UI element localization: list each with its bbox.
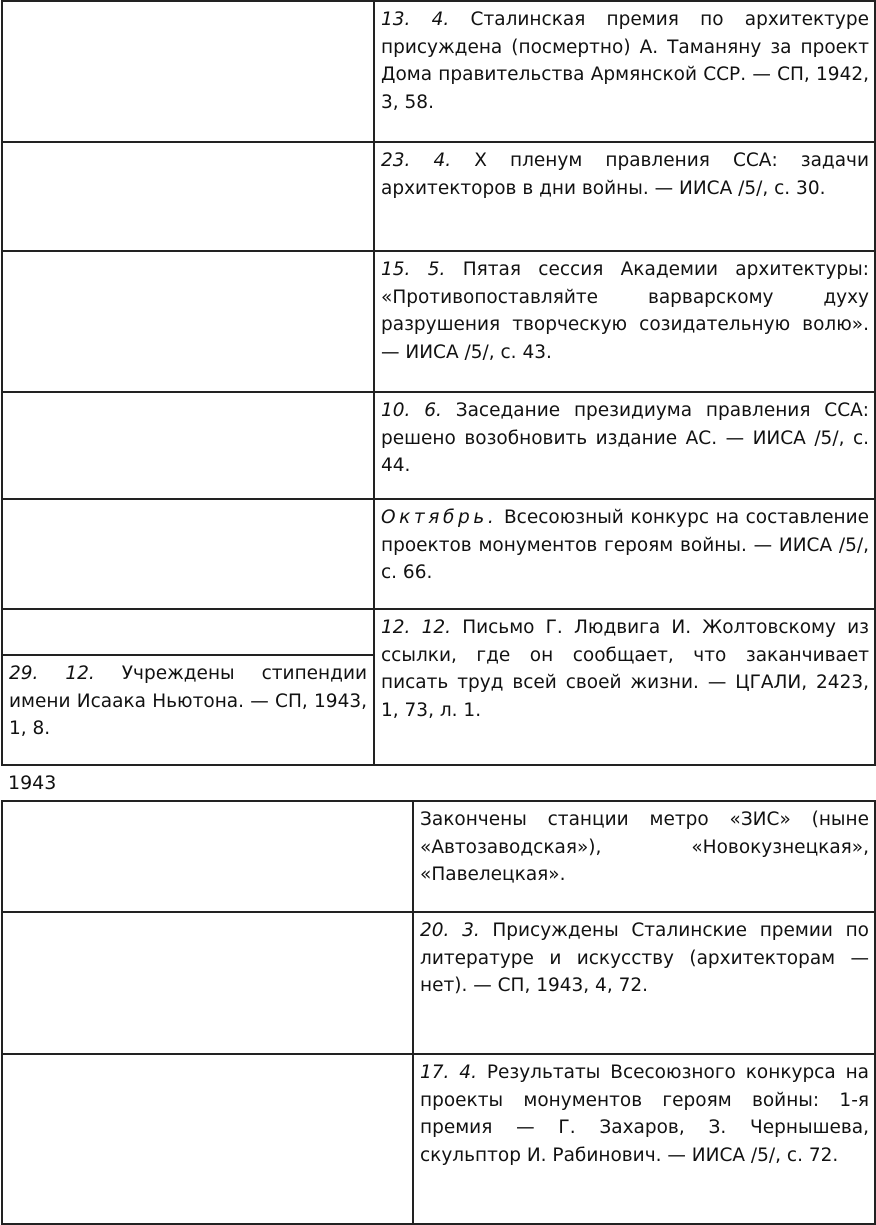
chronology-table-1943: Закончены станции метро «ЗИС» (ныне «Авт… [1,800,876,1225]
left-cell [3,143,373,250]
entry-text: Присуждены Сталинские премии по литерату… [420,920,869,996]
entry-text: Сталинская премия по архитектуре присужд… [381,9,869,113]
table-row: 23. 4. X пленум правления ССА: задачи ар… [3,143,874,252]
left-cell [3,393,373,498]
table-row: 20. 3. Присуждены Сталинские премии по л… [3,913,874,1055]
right-cell: 23. 4. X пленум правления ССА: задачи ар… [373,143,874,250]
entry-date: 15. 5. [381,259,445,280]
entry-text: Заседание президиума правления ССА: реше… [381,400,869,476]
table-row: 15. 5. Пятая сессия Академии архитектуры… [3,252,874,393]
entry-text: Письмо Г. Людвига И. Жолтовскому из ссыл… [381,617,869,721]
table-row: 10. 6. Заседание президиума правления СС… [3,393,874,500]
right-cell: 10. 6. Заседание президиума правления СС… [373,393,874,498]
left-cell [3,1055,412,1223]
left-cell-split: 29. 12. Учреждены стипендии имени Исаака… [3,610,373,764]
entry-text: Пятая сессия Академии архитектуры: «Прот… [381,259,869,363]
entry-date: 20. 3. [420,920,480,941]
table-row: 13. 4. Сталинская премия по архитектуре … [3,2,874,143]
table-row: 29. 12. Учреждены стипендии имени Исаака… [3,610,874,764]
left-cell [3,913,412,1053]
left-cell-empty [3,610,373,656]
entry-text: X пленум правления ССА: задачи архитекто… [381,150,869,199]
entry-date: 13. 4. [381,9,449,30]
entry-text: Результаты Всесоюзного конкурса на проек… [420,1062,869,1166]
left-cell [3,802,412,911]
left-cell [3,252,373,391]
entry-date: 29. 12. [9,663,95,684]
table-row: 17. 4. Результаты Всесоюзного конкурса н… [3,1055,874,1223]
table-row: Закончены станции метро «ЗИС» (ныне «Авт… [3,802,874,913]
right-cell: 12. 12. Письмо Г. Людвига И. Жолтовскому… [373,610,874,764]
right-cell: 15. 5. Пятая сессия Академии архитектуры… [373,252,874,391]
year-heading: 1943 [8,771,56,795]
right-cell: 17. 4. Результаты Всесоюзного конкурса н… [412,1055,874,1223]
entry-date: Октябрь. [381,507,497,528]
entry-date: 12. 12. [381,617,451,638]
table-row: Октябрь. Всесоюзный конкурс на составлен… [3,500,874,610]
left-cell [3,500,373,608]
right-cell: 13. 4. Сталинская премия по архитектуре … [373,2,874,141]
right-cell: 20. 3. Присуждены Сталинские премии по л… [412,913,874,1053]
left-cell [3,2,373,141]
entry-date: 17. 4. [420,1062,477,1083]
left-cell-entry: 29. 12. Учреждены стипендии имени Исаака… [3,656,373,764]
right-cell: Закончены станции метро «ЗИС» (ныне «Авт… [412,802,874,911]
entry-date: 23. 4. [381,150,451,171]
entry-date: 10. 6. [381,400,442,421]
chronology-table-1942: 13. 4. Сталинская премия по архитектуре … [1,0,876,766]
entry-text: Закончены станции метро «ЗИС» (ныне «Авт… [420,809,869,885]
right-cell: Октябрь. Всесоюзный конкурс на составлен… [373,500,874,608]
